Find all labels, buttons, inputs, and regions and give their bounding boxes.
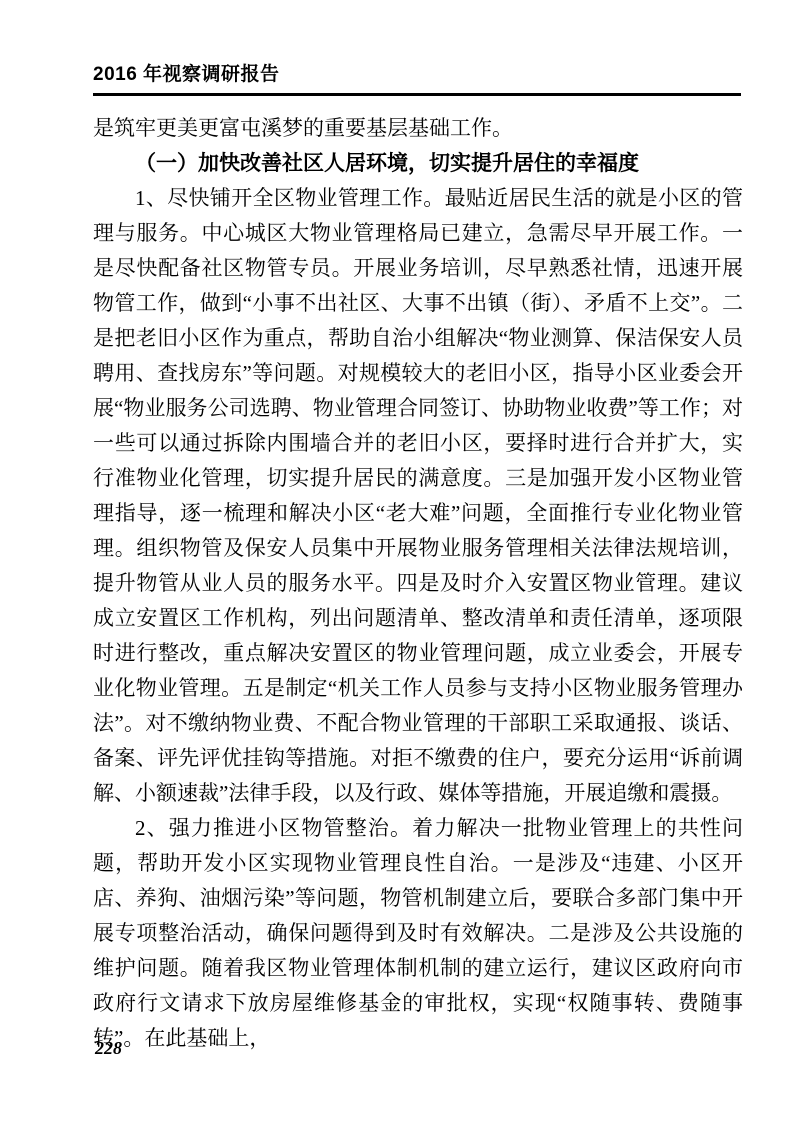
paragraph-continuation: 是筑牢更美更富屯溪梦的重要基层基础工作。 [93, 111, 743, 146]
document-page: 2016 年视察调研报告 是筑牢更美更富屯溪梦的重要基层基础工作。 （一）加快改… [0, 0, 803, 1133]
page-header: 2016 年视察调研报告 [93, 63, 741, 96]
page-number: 228 [95, 1037, 122, 1059]
paragraph-item-2: 2、强力推进小区物管整治。着力解决一批物业管理上的共性问题，帮助开发小区实现物业… [93, 811, 743, 1056]
running-header-title: 2016 年视察调研报告 [93, 63, 741, 87]
document-body: 是筑牢更美更富屯溪梦的重要基层基础工作。 （一）加快改善社区人居环境，切实提升居… [93, 111, 743, 1056]
section-heading: （一）加快改善社区人居环境，切实提升居住的幸福度 [93, 146, 743, 181]
paragraph-item-1: 1、尽快铺开全区物业管理工作。最贴近居民生活的就是小区的管理与服务。中心城区大物… [93, 181, 743, 811]
